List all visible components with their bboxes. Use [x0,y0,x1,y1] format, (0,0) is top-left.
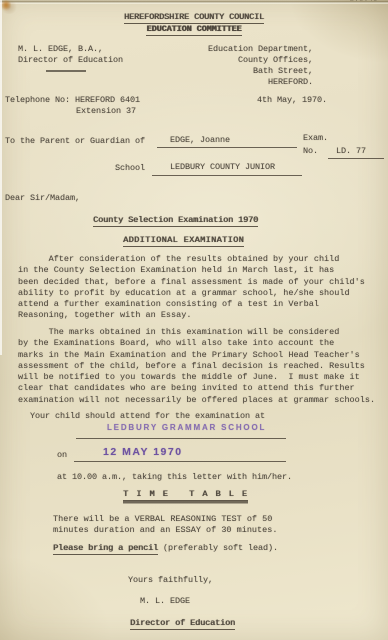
child-name-rule [157,147,297,148]
on-label: on [57,450,67,461]
form-reference-mark: S.O.49 [350,0,378,4]
exam-number-rule [328,158,384,159]
time-instruction: at 10.00 a.m., taking this letter with h… [57,472,292,483]
exam-number: LD. 77 [336,146,366,157]
closing: Yours faithfully, [128,575,213,586]
letter-page: S.O.49 HEREFORDSHIRE COUNTY COUNCIL EDUC… [0,0,388,640]
date-rule [74,461,286,462]
school-name: LEDBURY COUNTY JUNIOR [170,162,275,173]
venue-stamp: LEDBURY GRAMMAR SCHOOL [107,423,266,432]
telephone-line: Telephone No: HEREFORD 6401 [5,95,140,106]
timetable-heading: T I M E T A B L E [123,489,248,500]
paragraph-1: After consideration of the results obtai… [18,254,365,322]
attend-intro: Your child should attend for the examina… [30,411,265,422]
signature: M. L. EDGE [140,596,190,607]
department-address: Education Department,County Offices,Bath… [208,44,313,88]
letter-date: 4th May, 1970. [257,95,327,106]
exam-no-label: No. [303,146,318,157]
officer-title-rule [46,70,86,72]
letterhead-committee: EDUCATION COMMITTEE [0,24,388,35]
subheading: ADDITIONAL EXAMINATION [123,235,244,246]
exam-label: Exam. [303,133,328,144]
subject-heading: County Selection Examination 1970 [93,215,258,226]
letterhead-council: HEREFORDSHIRE COUNTY COUNCIL [0,12,388,23]
paragraph-2: The marks obtained in this examination w… [18,327,375,406]
scan-edge [0,0,2,355]
school-label: School [115,163,145,174]
venue-rule [76,438,286,439]
officer-title: Director of Education [18,55,123,66]
salutation: Dear Sir/Madam, [5,193,80,204]
child-name: EDGE, Joanne [170,135,230,146]
officer-name: M. L. EDGE, B.A., [18,44,103,55]
date-stamp: 12 MAY 1970 [103,446,183,458]
to-parent-label: To the Parent or Guardian of [5,136,145,147]
telephone-extension: Extension 37 [76,106,136,117]
school-name-rule [152,175,302,176]
pencil-note: Please bring a pencil (preferably soft l… [53,543,278,554]
timetable-lines: There will be a VERBAL REASONING TEST of… [53,514,277,537]
fold-crease-bottom [0,0,388,4]
signature-title: Director of Education [130,618,235,629]
